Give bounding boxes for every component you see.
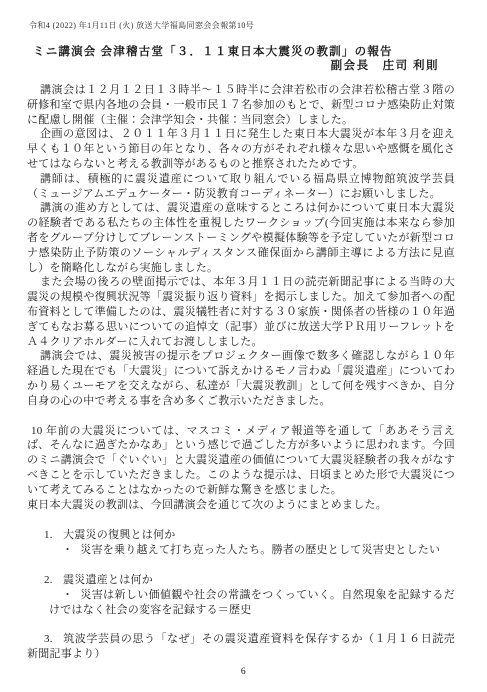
list-item-recovery: 1.大震災の復興とは何か ・災害を乗り越えて打ち克った人たち。勝者の歴史として災… [27, 528, 455, 558]
page-header: 令和4 (2022) 年1月11日 (火) 放送大学福島同窓会会報第10号 [29, 20, 455, 31]
paragraph-format: 講演の進め方としては、震災遺産の意味するところは何かについて東日本大震災の経験者… [27, 201, 455, 275]
paragraph-venue: 講演会は１２月１２日１３時半～１５時半に会津若松市の会津若松稽古堂３階の研修和室… [27, 83, 455, 127]
list-heading-text: 筑波学芸員の思う「なぜ」その震災遺産資料を保存するか（１月１６日読売新聞記事より… [27, 633, 455, 660]
body-text: 講演会は１２月１２日１３時半～１５時半に会津若松市の会津若松稽古堂３階の研修和室… [27, 83, 455, 662]
paragraph-lecturer: 講師は、積極的に震災遺産について取り組んでいる福島県立博物館筑波学芸員（ミュージ… [27, 172, 455, 202]
paragraph-reflection: 10 年前の大震災については、マスコミ・メディア報道等を通して「ああそう言えば、… [27, 424, 455, 498]
list-item-heading: 2.震災遺産とは何か [27, 573, 455, 588]
paragraph-lecture-content: 講演会では、震災被害の提示をプロジェクター画像で数多く確認しながら１０年経過した… [27, 349, 455, 408]
list-heading-text: 震災遺産とは何か [63, 574, 153, 586]
author-line: 副会長 庄司 利則 [27, 57, 439, 73]
document-page: 令和4 (2022) 年1月11日 (火) 放送大学福島同窓会会報第10号 ミニ… [0, 0, 487, 692]
list-number: 1. [44, 528, 63, 543]
list-number: 2. [44, 573, 63, 588]
list-heading-text: 大震災の復興とは何か [63, 529, 176, 541]
paragraph-wall-display: また会場の後ろの壁面掲示では、本年３月１１日の読売新聞記事による当時の大震災の規… [27, 275, 455, 349]
bullet-text: 災害を乗り越えて打ち克った人たち。勝者の歴史として災害史としたい [80, 544, 440, 556]
list-bullet: ・災害は新しい価値観や社会の常識をつくっていく。自然現象を記録するだけではなく社… [27, 588, 455, 618]
bullet-icon: ・ [62, 589, 73, 601]
paragraph-purpose: 企画の意図は、２０１１年３月１１日に発生した東日本大震災が本年３月を迎え早くも１… [27, 127, 455, 171]
list-bullet: ・災害を乗り越えて打ち克った人たち。勝者の歴史として災害史としたい [27, 543, 455, 558]
bullet-icon: ・ [62, 544, 73, 556]
list-item-heritage: 2.震災遺産とは何か ・災害は新しい価値観や社会の常識をつくっていく。自然現象を… [27, 573, 455, 617]
lessons-list: 1.大震災の復興とは何か ・災害を乗り越えて打ち克った人たち。勝者の歴史として災… [27, 528, 455, 662]
page-number: 6 [0, 667, 487, 677]
list-item-heading: 1.大震災の復興とは何か [27, 528, 455, 543]
bullet-text: 災害は新しい価値観や社会の常識をつくっていく。自然現象を記録するだけではなく社会… [49, 589, 455, 616]
paragraph-lessons-intro: 東日本大震災の教訓は、今回講演会を通じて次のようにまとめました。 [27, 498, 455, 513]
list-item-heading: 3.筑波学芸員の思う「なぜ」その震災遺産資料を保存するか（１月１６日読売新聞記事… [27, 632, 455, 662]
list-number: 3. [44, 632, 63, 647]
list-item-preservation: 3.筑波学芸員の思う「なぜ」その震災遺産資料を保存するか（１月１６日読売新聞記事… [27, 632, 455, 662]
